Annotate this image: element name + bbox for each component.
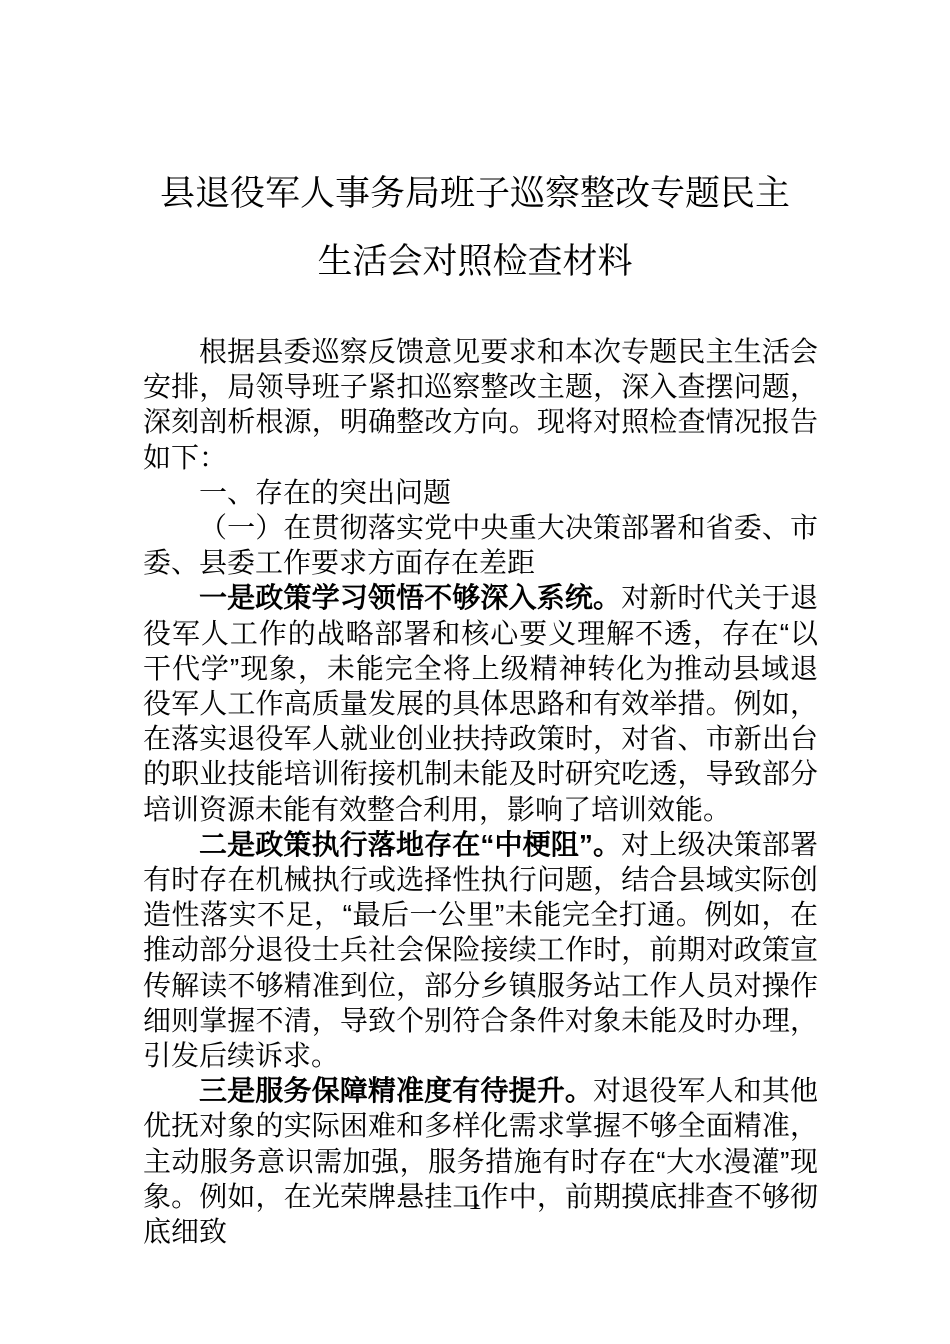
document-title: 县退役军人事务局班子巡察整改专题民主 生活会对照检查材料 — [0, 0, 950, 296]
paragraph-intro-text: 根据县委巡察反馈意见要求和本次专题民主生活会安排，局领导班子紧扣巡察整改主题，深… — [143, 336, 818, 473]
paragraph-issue-2: 二是政策执行落地存在“中梗阻”。对上级决策部署有时存在机械执行或选择性执行问题，… — [143, 827, 818, 1073]
paragraph-issue-2-lead: 二是政策执行落地存在“中梗阻”。 — [199, 829, 621, 860]
document-body: 根据县委巡察反馈意见要求和本次专题民主生活会安排，局领导班子紧扣巡察整改主题，深… — [143, 334, 818, 1249]
page-number: 1 — [0, 1184, 950, 1217]
heading-subsection-1-text: （一）在贯彻落实党中央重大决策部署和省委、市委、县委工作要求方面存在差距 — [143, 512, 818, 578]
heading-subsection-1: （一）在贯彻落实党中央重大决策部署和省委、市委、县委工作要求方面存在差距 — [143, 510, 818, 580]
heading-section-1: 一、存在的突出问题 — [143, 475, 818, 510]
paragraph-intro: 根据县委巡察反馈意见要求和本次专题民主生活会安排，局领导班子紧扣巡察整改主题，深… — [143, 334, 818, 475]
title-line-2: 生活会对照检查材料 — [0, 228, 950, 296]
paragraph-issue-1-text: 对新时代关于退役军人工作的战略部署和核心要义理解不透，存在“以干代学”现象，未能… — [143, 582, 818, 824]
title-line-1: 县退役军人事务局班子巡察整改专题民主 — [0, 160, 950, 228]
heading-section-1-text: 一、存在的突出问题 — [199, 477, 451, 508]
paragraph-issue-1-lead: 一是政策学习领悟不够深入系统。 — [199, 582, 621, 613]
paragraph-issue-3-lead: 三是服务保障精准度有待提升。 — [199, 1075, 593, 1106]
paragraph-issue-2-text: 对上级决策部署有时存在机械执行或选择性执行问题，结合县域实际创造性落实不足，“最… — [143, 829, 818, 1071]
paragraph-issue-3: 三是服务保障精准度有待提升。对退役军人和其他优抚对象的实际困难和多样化需求掌握不… — [143, 1073, 818, 1249]
paragraph-issue-1: 一是政策学习领悟不够深入系统。对新时代关于退役军人工作的战略部署和核心要义理解不… — [143, 580, 818, 826]
document-page: 县退役军人事务局班子巡察整改专题民主 生活会对照检查材料 根据县委巡察反馈意见要… — [0, 0, 950, 1344]
